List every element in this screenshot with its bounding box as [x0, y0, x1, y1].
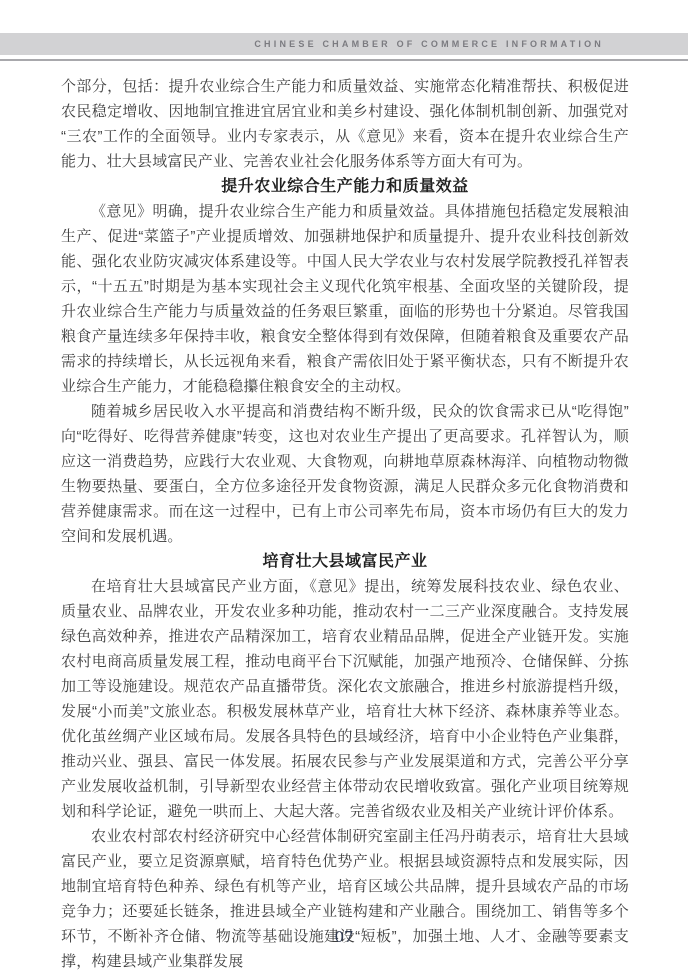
section-heading-county-industry: 培育壮大县域富民产业	[61, 549, 629, 574]
document-page: CHINESE CHAMBER OF COMMERCE INFORMATION …	[0, 0, 688, 971]
paragraph-opinion-measures: 《意见》明确，提升农业综合生产能力和质量效益。具体措施包括稳定发展粮油生产、促进…	[61, 199, 629, 399]
header-banner: CHINESE CHAMBER OF COMMERCE INFORMATION	[0, 33, 688, 55]
section-heading-production-capacity: 提升农业综合生产能力和质量效益	[61, 174, 629, 199]
paragraph-consumption-upgrade: 随着城乡居民收入水平提高和消费结构不断升级，民众的饮食需求已从“吃得饱”向“吃得…	[61, 399, 629, 549]
header-banner-text: CHINESE CHAMBER OF COMMERCE INFORMATION	[0, 33, 688, 55]
page-number: 07	[0, 928, 688, 946]
paragraph-county-industry-plan: 在培育壮大县域富民产业方面，《意见》提出，统筹发展科技农业、绿色农业、质量农业、…	[61, 574, 629, 824]
paragraph-expert-feng-danmeng: 农业农村部农村经济研究中心经营体制研究室副主任冯丹萌表示，培育壮大县域富民产业，…	[61, 824, 629, 971]
header-rule-divider	[0, 59, 688, 61]
article-body: 个部分，包括：提升农业综合生产能力和质量效益、实施常态化精准帮扶、积极促进农民稳…	[61, 74, 629, 971]
paragraph-continuation: 个部分，包括：提升农业综合生产能力和质量效益、实施常态化精准帮扶、积极促进农民稳…	[61, 74, 629, 174]
